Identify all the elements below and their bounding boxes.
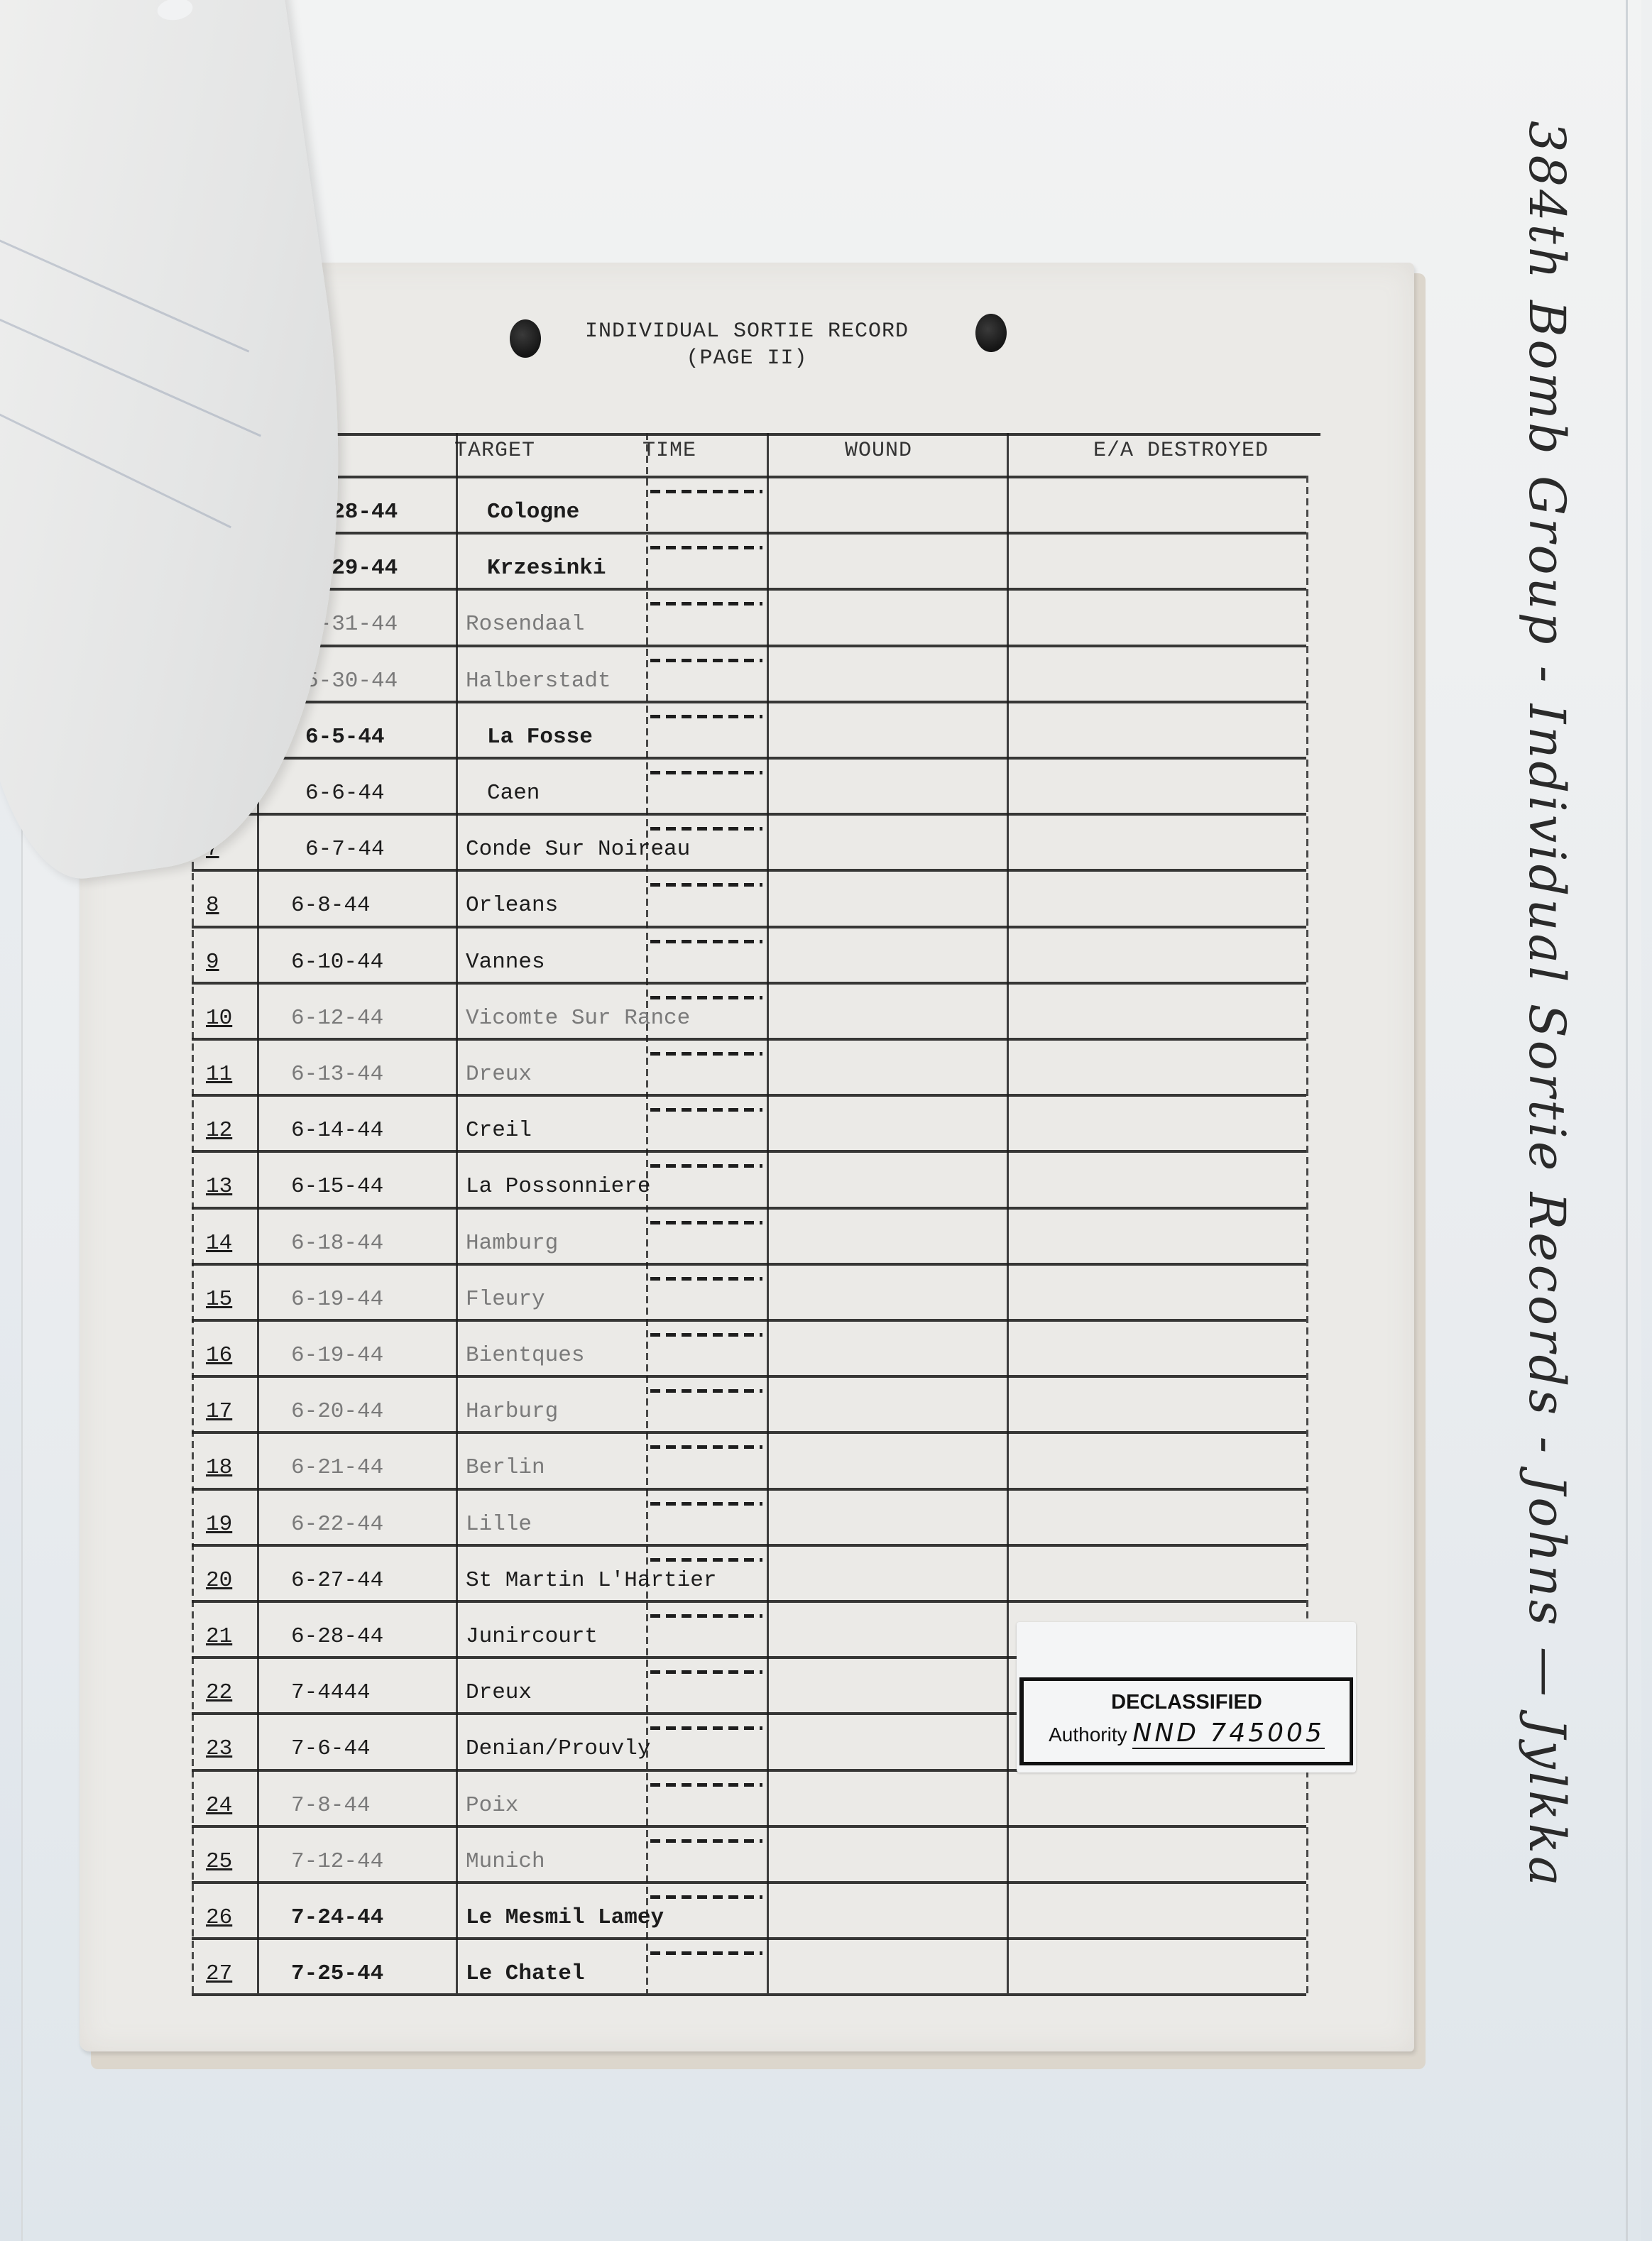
sortie-date: 6-8-44 xyxy=(291,893,371,918)
sortie-date: 6-6-44 xyxy=(305,781,385,806)
sortie-target: Berlin xyxy=(466,1455,545,1480)
sortie-target: Dreux xyxy=(466,1062,532,1087)
row-number: 8 xyxy=(206,893,219,918)
time-blank-dashes xyxy=(650,1389,762,1393)
time-blank-dashes xyxy=(650,1052,762,1056)
sortie-target: Caen xyxy=(487,781,540,806)
sortie-date: 6-5-44 xyxy=(305,725,385,750)
time-blank-dashes xyxy=(650,1277,762,1281)
row-number: 14 xyxy=(206,1231,232,1256)
sortie-target: Dreux xyxy=(466,1680,532,1705)
row-rule xyxy=(192,532,1306,535)
row-number: 26 xyxy=(206,1905,232,1930)
handwritten-folder-label: 384th Bomb Group - Individual Sortie Rec… xyxy=(1512,121,1576,1682)
time-blank-dashes xyxy=(650,602,762,606)
sortie-target: La Possonniere xyxy=(466,1174,650,1199)
sortie-date: 7-25-44 xyxy=(291,1961,383,1986)
row-rule xyxy=(192,1544,1306,1547)
row-rule xyxy=(192,1150,1306,1153)
row-number: 27 xyxy=(206,1961,232,1986)
sortie-date: 6-13-44 xyxy=(291,1062,383,1087)
sortie-target: Vannes xyxy=(466,950,545,975)
sortie-target: Halberstadt xyxy=(466,669,611,694)
time-blank-dashes xyxy=(650,1445,762,1449)
time-blank-dashes xyxy=(650,1895,762,1899)
row-rule xyxy=(192,1937,1306,1940)
sortie-date: 6-7-44 xyxy=(305,837,385,862)
time-blank-dashes xyxy=(650,1164,762,1168)
row-rule xyxy=(192,1488,1306,1491)
sortie-date: 7-6-44 xyxy=(291,1736,371,1761)
stamp-authority-number: NND 745005 xyxy=(1132,1719,1324,1749)
time-blank-dashes xyxy=(650,1108,762,1112)
sortie-target: St Martin L'Hartier xyxy=(466,1568,716,1593)
row-number: 24 xyxy=(206,1793,232,1818)
sortie-target: Poix xyxy=(466,1793,518,1818)
sortie-date: 6-14-44 xyxy=(291,1118,383,1143)
sortie-date: 6-12-44 xyxy=(291,1006,383,1031)
sortie-target: Fleury xyxy=(466,1287,545,1312)
time-blank-dashes xyxy=(650,996,762,999)
time-blank-dashes xyxy=(650,940,762,943)
time-blank-dashes xyxy=(650,1502,762,1506)
row-rule xyxy=(192,1881,1306,1884)
row-number: 20 xyxy=(206,1568,232,1593)
stamp-title: DECLASSIFIED xyxy=(1024,1691,1350,1714)
row-rule xyxy=(192,1207,1306,1210)
curl-ruling xyxy=(0,285,261,437)
sortie-target: Orleans xyxy=(466,893,558,918)
time-blank-dashes xyxy=(650,1558,762,1562)
stamp-authority: Authority NND 745005 xyxy=(1024,1719,1350,1748)
sortie-target: Munich xyxy=(466,1849,545,1874)
sortie-date: 7-24-44 xyxy=(291,1905,383,1930)
time-blank-dashes xyxy=(650,1839,762,1843)
sortie-date: 6-19-44 xyxy=(291,1343,383,1368)
row-number: 18 xyxy=(206,1455,232,1480)
row-number: 17 xyxy=(206,1399,232,1424)
stamp-authority-label: Authority xyxy=(1049,1724,1127,1746)
row-number: 19 xyxy=(206,1512,232,1537)
sortie-target: La Fosse xyxy=(487,725,593,750)
sortie-target: Cologne xyxy=(487,500,579,525)
curl-ruling xyxy=(0,200,249,352)
sortie-target: Le Chatel xyxy=(466,1961,584,1986)
sortie-date: 7-12-44 xyxy=(291,1849,383,1874)
row-rule xyxy=(192,1038,1306,1041)
row-rule xyxy=(192,1263,1306,1266)
sortie-target: Harburg xyxy=(466,1399,558,1424)
time-blank-dashes xyxy=(650,1333,762,1337)
time-blank-dashes xyxy=(650,827,762,831)
time-blank-dashes xyxy=(650,715,762,718)
time-blank-dashes xyxy=(650,490,762,493)
time-blank-dashes xyxy=(650,659,762,662)
header-ea-destroyed: E/A DESTROYED xyxy=(1093,439,1269,463)
row-number: 10 xyxy=(206,1006,232,1031)
curl-ruling xyxy=(0,383,231,528)
row-rule xyxy=(192,926,1306,928)
sortie-target: Junircourt xyxy=(466,1624,598,1649)
sortie-target: Rosendaal xyxy=(466,612,584,637)
row-rule xyxy=(192,1094,1306,1097)
row-rule xyxy=(192,1600,1306,1603)
time-blank-dashes xyxy=(650,1726,762,1730)
row-number: 11 xyxy=(206,1062,232,1087)
row-number: 25 xyxy=(206,1849,232,1874)
sortie-date: 5-30-44 xyxy=(305,669,398,694)
time-blank-dashes xyxy=(650,771,762,774)
sortie-target: Le Mesmil Lamey xyxy=(466,1905,664,1930)
header-time: TIME xyxy=(642,439,696,463)
sortie-target: Lille xyxy=(466,1512,532,1537)
wound-column-rule xyxy=(767,433,769,1993)
row-number: 13 xyxy=(206,1174,232,1199)
sortie-target: Bientques xyxy=(466,1343,584,1368)
time-blank-dashes xyxy=(650,883,762,887)
sortie-date: 6-27-44 xyxy=(291,1568,383,1593)
row-number: 16 xyxy=(206,1343,232,1368)
row-rule xyxy=(192,588,1306,591)
time-blank-dashes xyxy=(650,1614,762,1618)
header-bottom-rule xyxy=(192,476,1306,478)
row-rule xyxy=(192,1993,1306,1996)
sortie-date: 6-10-44 xyxy=(291,950,383,975)
time-blank-dashes xyxy=(650,1221,762,1224)
time-blank-dashes xyxy=(650,546,762,549)
row-rule xyxy=(192,701,1306,703)
row-rule xyxy=(192,1375,1306,1378)
time-blank-dashes xyxy=(650,1783,762,1787)
target-column-rule xyxy=(456,433,458,1993)
curl-punch-hole xyxy=(156,0,195,22)
row-rule xyxy=(192,982,1306,985)
sortie-date: 7-8-44 xyxy=(291,1793,371,1818)
row-rule xyxy=(192,645,1306,647)
row-rule xyxy=(192,813,1306,816)
row-number: 12 xyxy=(206,1118,232,1143)
row-number: 22 xyxy=(206,1680,232,1705)
backboard-edge xyxy=(1626,0,1628,2241)
row-rule xyxy=(192,1319,1306,1322)
ea-column-rule xyxy=(1007,433,1009,1993)
sortie-date: 6-15-44 xyxy=(291,1174,383,1199)
sortie-target: Creil xyxy=(466,1118,532,1143)
time-blank-dashes xyxy=(650,1670,762,1674)
sortie-date: 7-4444 xyxy=(291,1680,371,1705)
sortie-target: Conde Sur Noireau xyxy=(466,837,690,862)
header-target: TARGET xyxy=(454,439,535,463)
sortie-date: 6-20-44 xyxy=(291,1399,383,1424)
declassified-stamp: DECLASSIFIED Authority NND 745005 xyxy=(1017,1622,1356,1772)
declassified-stamp-box: DECLASSIFIED Authority NND 745005 xyxy=(1019,1677,1353,1765)
row-number: 23 xyxy=(206,1736,232,1761)
sortie-target: Krzesinki xyxy=(487,556,606,581)
sortie-target: Denian/Prouvly xyxy=(466,1736,650,1761)
sortie-date: 6-18-44 xyxy=(291,1231,383,1256)
row-rule xyxy=(192,757,1306,760)
sortie-target: Hamburg xyxy=(466,1231,558,1256)
sortie-date: 6-28-44 xyxy=(291,1624,383,1649)
sortie-target: Vicomte Sur Rance xyxy=(466,1006,690,1031)
sortie-date: 6-22-44 xyxy=(291,1512,383,1537)
row-rule xyxy=(192,869,1306,872)
row-number: 15 xyxy=(206,1287,232,1312)
header-wound: WOUND xyxy=(845,439,912,463)
row-number: 9 xyxy=(206,950,219,975)
row-rule xyxy=(192,1825,1306,1828)
time-blank-dashes xyxy=(650,1951,762,1955)
row-number: 21 xyxy=(206,1624,232,1649)
row-rule xyxy=(192,1431,1306,1434)
sortie-date: 6-21-44 xyxy=(291,1455,383,1480)
sortie-date: 6-19-44 xyxy=(291,1287,383,1312)
